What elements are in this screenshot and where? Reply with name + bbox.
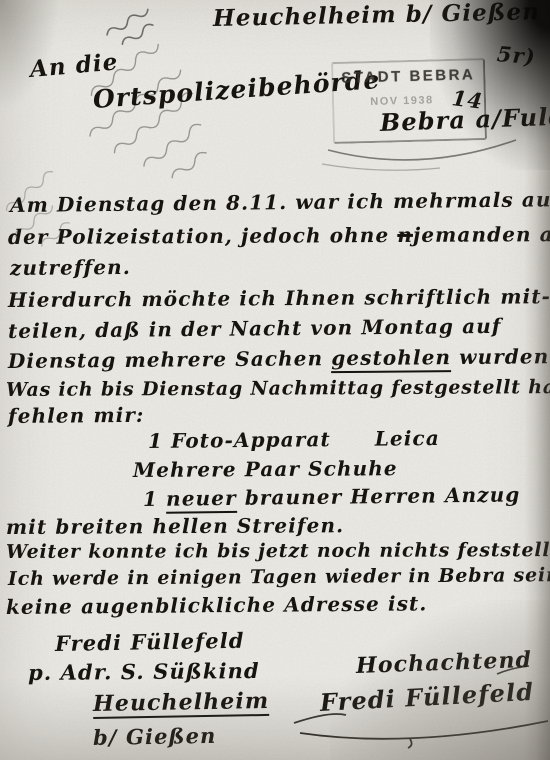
body-line-7: Was ich bis Dienstag Nachmittag festgest… [6, 377, 550, 401]
item-text: 1 Foto-Apparat [148, 427, 331, 453]
dateline: Heuchelheim b/ Gießen 9.11.38 [213, 0, 550, 31]
body-line-4: Hierdurch möchte ich Ihnen schriftlich m… [8, 285, 550, 311]
text-segment: brauner Herren Anzug [237, 482, 521, 509]
body-line-2: der Polizeistation, jedoch ohne njemande… [8, 223, 550, 248]
folio-mark: 5r) [496, 42, 537, 68]
sender-district: b/ Gießen [93, 724, 217, 749]
signature: Fredi Füllefeld [319, 679, 534, 717]
body-line-5: teilen, daß in der Nacht von Montag auf [8, 315, 502, 342]
struck-text: n [397, 223, 413, 247]
text-segment: 1 [143, 487, 166, 511]
text-segment: der Polizeistation, jedoch ohne [8, 223, 397, 249]
body-line-14: Ich werde in einigen Tagen wieder in Beb… [8, 565, 550, 590]
stamp-location-handwriting: Bebra a/Fulda [380, 103, 550, 136]
underlined-word: gestohlen [331, 345, 451, 373]
sender-name: Fredi Füllefeld [55, 629, 245, 655]
text-segment: Dienstag mehrere Sachen [8, 346, 331, 373]
text-segment: wurden. [451, 344, 550, 369]
sender-care-of: p. Adr. S. Süßkind [28, 659, 260, 684]
stamp-city-text: STADT BEBRA [333, 66, 483, 87]
text-segment: jemanden anzu- [413, 222, 550, 247]
underlined-word: neuer [166, 486, 237, 514]
body-line-6: Dienstag mehrere Sachen gestohlen wurden… [8, 345, 550, 372]
item-note: Leica [375, 426, 440, 451]
sender-town: Heuchelheim [93, 689, 270, 719]
body-line-3: zutreffen. [10, 256, 131, 279]
body-line-13: Weiter konnte ich bis jetzt noch nichts … [6, 540, 550, 563]
stolen-item-2: Mehrere Paar Schuhe [133, 457, 398, 481]
recipient-line-1: An die [29, 49, 120, 82]
letter-scan-page: Heuchelheim b/ Gießen 9.11.38 5r) An die… [0, 0, 550, 760]
body-line-1: Am Dienstag den 8.11. war ich mehrmals a… [10, 188, 550, 216]
body-line-8: fehlen mir: [8, 404, 145, 427]
stolen-item-1: 1 Foto-ApparatLeica [148, 427, 440, 452]
closing-salutation: Hochachtend [356, 648, 533, 678]
body-line-12: mit breiten hellen Streifen. [6, 514, 344, 538]
body-line-15: keine augenblickliche Adresse ist. [6, 592, 428, 618]
stolen-item-3: 1 neuer brauner Herren Anzug [143, 483, 521, 510]
